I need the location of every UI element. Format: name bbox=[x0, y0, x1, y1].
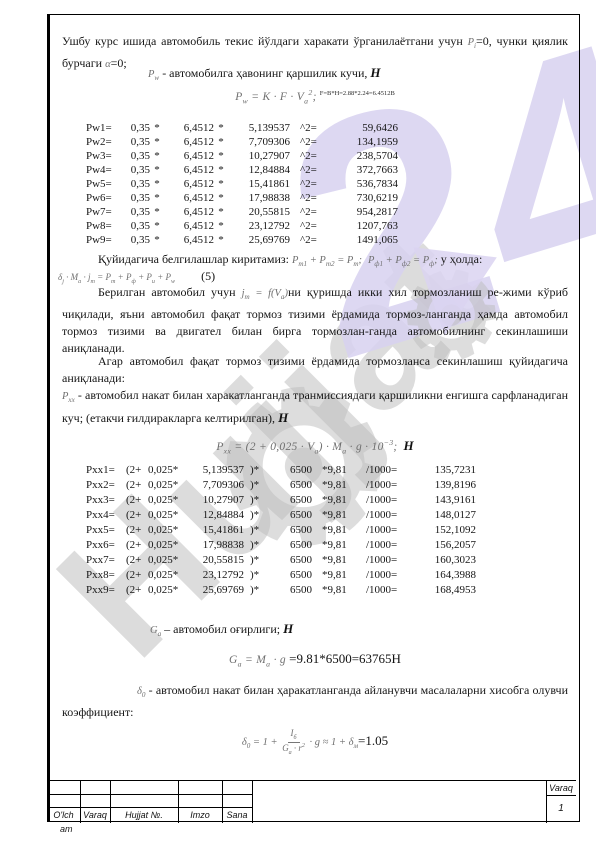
table-cell: *9,81 bbox=[312, 583, 358, 598]
table-cell: Pxx6= bbox=[86, 538, 126, 553]
delta-paragraph: δ0 - автомобил накат билан ҳаракатланган… bbox=[62, 682, 568, 721]
formula-equation-5: δj · Mа · jт = Pт + Pф + Pи + Pw bbox=[58, 272, 175, 282]
table-cell: /1000= bbox=[358, 553, 410, 568]
pxx-table: Pxx1=(2+0,025*5,139537)*6500*9,81/1000=1… bbox=[86, 463, 476, 598]
table-cell: (2+ bbox=[126, 553, 148, 568]
table-cell: 0,35 bbox=[122, 233, 150, 247]
intro-text-1: Ушбу курс ишида автомобиль текис йўлдаги… bbox=[62, 34, 468, 48]
agar-text: Агар автомобил фақат тормоз тизими ёрдам… bbox=[62, 354, 568, 385]
agar-paragraph: Агар автомобил фақат тормоз тизими ёрдам… bbox=[62, 353, 568, 387]
table-cell: * bbox=[150, 149, 164, 163]
table-cell: ^2= bbox=[290, 219, 334, 233]
formula-delta-equation: δ0 = 1 + IбGа · r2 · g ≈ 1 + δм bbox=[242, 737, 358, 748]
table-cell: 20,55815 bbox=[188, 553, 244, 568]
ga-caption-unit: Н bbox=[283, 621, 293, 636]
table-cell: 0,025* bbox=[148, 508, 188, 523]
table-cell: (2+ bbox=[126, 493, 148, 508]
table-row: Pw1=0,35*6,4512*5,139537^2=59,6426 bbox=[86, 121, 398, 135]
table-cell: ^2= bbox=[290, 233, 334, 247]
table-cell: *9,81 bbox=[312, 508, 358, 523]
document-page: Hujjat 24 ⚙ ⚙ Ушбу курс ишида автомобиль… bbox=[0, 0, 596, 842]
table-cell: * bbox=[214, 121, 228, 135]
table-cell: 730,6219 bbox=[334, 191, 398, 205]
table-cell: 59,6426 bbox=[334, 121, 398, 135]
table-cell: * bbox=[150, 163, 164, 177]
titleblock-imzo-label: Imzo bbox=[178, 810, 222, 820]
table-cell: /1000= bbox=[358, 523, 410, 538]
table-cell: (2+ bbox=[126, 508, 148, 523]
table-cell: /1000= bbox=[358, 583, 410, 598]
pxx-caption-unit: Н bbox=[278, 410, 288, 425]
formula-ga-symbol: Gа bbox=[150, 625, 161, 636]
formula-pxx-equation: Pхх = (2 + 0,025 · Vа) · Mа · g · 10−3; bbox=[216, 441, 397, 453]
titleblock-olch-label-wrap: am bbox=[60, 824, 73, 834]
table-cell: 148,0127 bbox=[410, 508, 476, 523]
table-cell: 6,4512 bbox=[164, 163, 214, 177]
table-cell: Pxx3= bbox=[86, 493, 126, 508]
table-cell: * bbox=[214, 149, 228, 163]
table-cell: 6,4512 bbox=[164, 149, 214, 163]
table-cell: Pxx2= bbox=[86, 478, 126, 493]
table-cell: (2+ bbox=[126, 523, 148, 538]
table-cell: 0,025* bbox=[148, 568, 188, 583]
table-cell: 15,41861 bbox=[228, 177, 290, 191]
table-cell: 6500 bbox=[268, 478, 312, 493]
table-cell: Pw8= bbox=[86, 219, 122, 233]
table-row: Pxx2=(2+0,025*7,709306)*6500*9,81/1000=1… bbox=[86, 478, 476, 493]
table-cell: *9,81 bbox=[312, 553, 358, 568]
table-cell: 17,98838 bbox=[188, 538, 244, 553]
formula-pxx-symbol: Pхх bbox=[62, 391, 75, 402]
titleblock-divider bbox=[546, 795, 576, 796]
pw-formula-line: Pw = K · F · Vа2; F=B*H=2.88*2.24=6.4512… bbox=[62, 84, 568, 109]
table-cell: 6500 bbox=[268, 508, 312, 523]
table-cell: 15,41861 bbox=[188, 523, 244, 538]
table-cell: 135,7231 bbox=[410, 463, 476, 478]
pw-formula-note: F=B*H=2.88*2.24=6.4512В bbox=[320, 90, 395, 97]
pxx-formula-line: Pхх = (2 + 0,025 · Vа) · Mа · g · 10−3; … bbox=[62, 434, 568, 459]
pxx-caption-text: - автомобил накат билан харакатланганда … bbox=[62, 388, 568, 425]
table-cell: )* bbox=[244, 583, 268, 598]
table-row: Pxx8=(2+0,025*23,12792)*6500*9,81/1000=1… bbox=[86, 568, 476, 583]
table-cell: (2+ bbox=[126, 463, 148, 478]
table-cell: 372,7663 bbox=[334, 163, 398, 177]
table-row: Pw4=0,35*6,4512*12,84884^2=372,7663 bbox=[86, 163, 398, 177]
table-cell: 1207,763 bbox=[334, 219, 398, 233]
page-content: Ушбу курс ишида автомобиль текис йўлдаги… bbox=[0, 0, 596, 842]
table-cell: 6500 bbox=[268, 583, 312, 598]
table-cell: * bbox=[214, 219, 228, 233]
ga-formula-line: Gа = Mа · g =9.81*6500=63765Н bbox=[62, 650, 568, 672]
table-row: Pw2=0,35*6,4512*7,709306^2=134,1959 bbox=[86, 135, 398, 149]
table-cell: Pw2= bbox=[86, 135, 122, 149]
table-cell: 0,025* bbox=[148, 463, 188, 478]
table-cell: 0,35 bbox=[122, 135, 150, 149]
table-cell: 0,35 bbox=[122, 177, 150, 191]
table-cell: )* bbox=[244, 538, 268, 553]
table-cell: 10,27907 bbox=[188, 493, 244, 508]
table-cell: 23,12792 bbox=[188, 568, 244, 583]
table-cell: 143,9161 bbox=[410, 493, 476, 508]
table-cell: 0,35 bbox=[122, 163, 150, 177]
table-cell: ^2= bbox=[290, 191, 334, 205]
table-cell: * bbox=[150, 205, 164, 219]
table-cell: ^2= bbox=[290, 121, 334, 135]
table-cell: 0,025* bbox=[148, 538, 188, 553]
table-cell: 12,84884 bbox=[228, 163, 290, 177]
table-cell: Pw4= bbox=[86, 163, 122, 177]
table-cell: Pxx7= bbox=[86, 553, 126, 568]
table-row: Pxx9=(2+0,025*25,69769)*6500*9,81/1000=1… bbox=[86, 583, 476, 598]
titleblock-olch-label: O'lch bbox=[47, 810, 80, 820]
table-cell: Pw1= bbox=[86, 121, 122, 135]
table-cell: 1491,065 bbox=[334, 233, 398, 247]
table-cell: *9,81 bbox=[312, 523, 358, 538]
formula-sum-2: Pф1 + Pф2 = Pф; bbox=[368, 255, 438, 266]
table-cell: Pw6= bbox=[86, 191, 122, 205]
table-cell: Pxx9= bbox=[86, 583, 126, 598]
table-cell: /1000= bbox=[358, 493, 410, 508]
table-cell: 20,55815 bbox=[228, 205, 290, 219]
table-cell: Pxx1= bbox=[86, 463, 126, 478]
table-cell: (2+ bbox=[126, 538, 148, 553]
title-block: O'lch Varaq Hujjat №. Imzo Sana Varaq 1 bbox=[47, 780, 576, 823]
table-cell: 0,35 bbox=[122, 149, 150, 163]
intro-text-3: =0; bbox=[111, 56, 127, 70]
table-cell: 6500 bbox=[268, 463, 312, 478]
pxx-formula-unit: Н bbox=[404, 438, 414, 453]
table-cell: 5,139537 bbox=[228, 121, 290, 135]
table-cell: 0,025* bbox=[148, 478, 188, 493]
belgilashlar-text-2: у ҳолда: bbox=[438, 252, 483, 266]
ga-caption-text: – автомобил оғирлиги; bbox=[161, 622, 283, 636]
table-cell: Pxx5= bbox=[86, 523, 126, 538]
belgilashlar-text-1: Қуйидагича белгилашлар киритамиз: bbox=[98, 252, 292, 266]
table-cell: * bbox=[150, 191, 164, 205]
table-cell: 6500 bbox=[268, 523, 312, 538]
table-cell: 139,8196 bbox=[410, 478, 476, 493]
table-row: Pxx3=(2+0,025*10,27907)*6500*9,81/1000=1… bbox=[86, 493, 476, 508]
table-cell: (2+ bbox=[126, 478, 148, 493]
table-cell: 168,4953 bbox=[410, 583, 476, 598]
table-cell: )* bbox=[244, 463, 268, 478]
table-cell: Pw5= bbox=[86, 177, 122, 191]
formula-pi: Pi bbox=[468, 37, 476, 48]
table-cell: 10,27907 bbox=[228, 149, 290, 163]
table-cell: /1000= bbox=[358, 478, 410, 493]
table-row: Pw5=0,35*6,4512*15,41861^2=536,7834 bbox=[86, 177, 398, 191]
table-row: Pw6=0,35*6,4512*17,98838^2=730,6219 bbox=[86, 191, 398, 205]
ga-caption: Gа – автомобил оғирлиги; Н bbox=[150, 620, 293, 643]
table-cell: ^2= bbox=[290, 177, 334, 191]
table-cell: Pw3= bbox=[86, 149, 122, 163]
table-cell: 152,1092 bbox=[410, 523, 476, 538]
formula-sum-1: Pт1 + Pт2 = Pт; bbox=[292, 255, 362, 266]
titleblock-divider bbox=[47, 794, 252, 795]
table-cell: Pxx4= bbox=[86, 508, 126, 523]
table-cell: 6500 bbox=[268, 493, 312, 508]
table-cell: * bbox=[150, 233, 164, 247]
table-cell: 6500 bbox=[268, 538, 312, 553]
table-cell: )* bbox=[244, 568, 268, 583]
table-cell: 6,4512 bbox=[164, 233, 214, 247]
delta-result: =1.05 bbox=[358, 733, 388, 748]
formula-pw-equation: Pw = K · F · Vа2; bbox=[235, 91, 317, 103]
table-cell: 5,139537 bbox=[188, 463, 244, 478]
table-cell: 160,3023 bbox=[410, 553, 476, 568]
table-cell: ^2= bbox=[290, 135, 334, 149]
table-cell: * bbox=[150, 219, 164, 233]
titleblock-divider bbox=[47, 807, 252, 808]
titleblock-divider bbox=[252, 781, 253, 823]
table-cell: /1000= bbox=[358, 538, 410, 553]
table-cell: * bbox=[214, 205, 228, 219]
table-row: Pw7=0,35*6,4512*20,55815^2=954,2817 bbox=[86, 205, 398, 219]
formula-ga-equation: Gа = Mа · g bbox=[229, 654, 289, 666]
table-cell: Pxx8= bbox=[86, 568, 126, 583]
table-row: Pw8=0,35*6,4512*23,12792^2=1207,763 bbox=[86, 219, 398, 233]
table-cell: 17,98838 bbox=[228, 191, 290, 205]
titleblock-varaq-right-label: Varaq bbox=[546, 783, 576, 793]
table-row: Pw9=0,35*6,4512*25,69769^2=1491,065 bbox=[86, 233, 398, 247]
table-row: Pxx4=(2+0,025*12,84884)*6500*9,81/1000=1… bbox=[86, 508, 476, 523]
table-cell: * bbox=[214, 177, 228, 191]
table-cell: ^2= bbox=[290, 163, 334, 177]
table-cell: Pw7= bbox=[86, 205, 122, 219]
table-cell: )* bbox=[244, 478, 268, 493]
table-cell: 7,709306 bbox=[228, 135, 290, 149]
table-cell: *9,81 bbox=[312, 478, 358, 493]
table-cell: 6,4512 bbox=[164, 135, 214, 149]
table-row: Pxx6=(2+0,025*17,98838)*6500*9,81/1000=1… bbox=[86, 538, 476, 553]
table-cell: 0,025* bbox=[148, 583, 188, 598]
table-cell: /1000= bbox=[358, 508, 410, 523]
titleblock-hujjat-no-label: Hujjat №. bbox=[110, 810, 178, 820]
table-cell: ^2= bbox=[290, 205, 334, 219]
table-cell: * bbox=[214, 233, 228, 247]
table-cell: 0,35 bbox=[122, 191, 150, 205]
table-cell: *9,81 bbox=[312, 493, 358, 508]
table-cell: 0,35 bbox=[122, 121, 150, 135]
table-cell: 0,025* bbox=[148, 553, 188, 568]
delta-formula-line: δ0 = 1 + IбGа · r2 · g ≈ 1 + δм=1.05 bbox=[62, 726, 568, 761]
pw-caption-unit: Н bbox=[370, 65, 380, 80]
table-cell: * bbox=[214, 191, 228, 205]
equation-5-number: (5) bbox=[201, 269, 215, 283]
table-cell: (2+ bbox=[126, 568, 148, 583]
table-cell: *9,81 bbox=[312, 568, 358, 583]
table-cell: /1000= bbox=[358, 568, 410, 583]
table-cell: * bbox=[150, 121, 164, 135]
table-cell: 536,7834 bbox=[334, 177, 398, 191]
table-cell: 6,4512 bbox=[164, 191, 214, 205]
table-cell: )* bbox=[244, 523, 268, 538]
table-cell: * bbox=[214, 163, 228, 177]
table-cell: 6500 bbox=[268, 568, 312, 583]
table-cell: 6,4512 bbox=[164, 219, 214, 233]
table-cell: )* bbox=[244, 553, 268, 568]
table-cell: * bbox=[214, 135, 228, 149]
table-cell: Pw9= bbox=[86, 233, 122, 247]
table-cell: 25,69769 bbox=[188, 583, 244, 598]
table-cell: 164,3988 bbox=[410, 568, 476, 583]
table-cell: ^2= bbox=[290, 149, 334, 163]
table-cell: (2+ bbox=[126, 583, 148, 598]
table-cell: 0,35 bbox=[122, 205, 150, 219]
table-cell: 0,35 bbox=[122, 219, 150, 233]
pw-table: Pw1=0,35*6,4512*5,139537^2=59,6426Pw2=0,… bbox=[86, 121, 398, 247]
table-cell: * bbox=[150, 177, 164, 191]
table-cell: )* bbox=[244, 493, 268, 508]
table-cell: 6500 bbox=[268, 553, 312, 568]
table-cell: )* bbox=[244, 508, 268, 523]
table-cell: 0,025* bbox=[148, 523, 188, 538]
titleblock-sana-label: Sana bbox=[222, 810, 252, 820]
berilgan-text-1: Берилган автомобил учун bbox=[98, 285, 242, 299]
table-cell: 6,4512 bbox=[164, 121, 214, 135]
page-number: 1 bbox=[546, 803, 576, 814]
table-cell: *9,81 bbox=[312, 463, 358, 478]
table-cell: 23,12792 bbox=[228, 219, 290, 233]
table-cell: *9,81 bbox=[312, 538, 358, 553]
table-cell: 156,2057 bbox=[410, 538, 476, 553]
table-cell: 134,1959 bbox=[334, 135, 398, 149]
table-cell: 954,2817 bbox=[334, 205, 398, 219]
table-cell: 6,4512 bbox=[164, 177, 214, 191]
table-cell: 7,709306 bbox=[188, 478, 244, 493]
table-cell: /1000= bbox=[358, 463, 410, 478]
pxx-caption: Pхх - автомобил накат билан харакатланга… bbox=[62, 387, 568, 427]
berilgan-paragraph: Берилган автомобил учун jт = f(Vа)ни қур… bbox=[62, 284, 568, 357]
table-row: Pxx5=(2+0,025*15,41861)*6500*9,81/1000=1… bbox=[86, 523, 476, 538]
table-cell: 6,4512 bbox=[164, 205, 214, 219]
ga-result: =9.81*6500=63765Н bbox=[289, 651, 401, 666]
table-row: Pxx7=(2+0,025*20,55815)*6500*9,81/1000=1… bbox=[86, 553, 476, 568]
table-cell: 0,025* bbox=[148, 493, 188, 508]
table-row: Pxx1=(2+0,025*5,139537)*6500*9,81/1000=1… bbox=[86, 463, 476, 478]
formula-pw-symbol: Pw bbox=[148, 69, 159, 80]
formula-jt: jт = f(Vа) bbox=[242, 288, 288, 299]
table-cell: * bbox=[150, 135, 164, 149]
table-cell: 12,84884 bbox=[188, 508, 244, 523]
table-row: Pw3=0,35*6,4512*10,27907^2=238,5704 bbox=[86, 149, 398, 163]
pw-caption-text: - автомобилга ҳавонинг қаршилик кучи, bbox=[159, 66, 370, 80]
titleblock-varaq-label: Varaq bbox=[80, 810, 110, 820]
table-cell: 25,69769 bbox=[228, 233, 290, 247]
table-cell: 238,5704 bbox=[334, 149, 398, 163]
